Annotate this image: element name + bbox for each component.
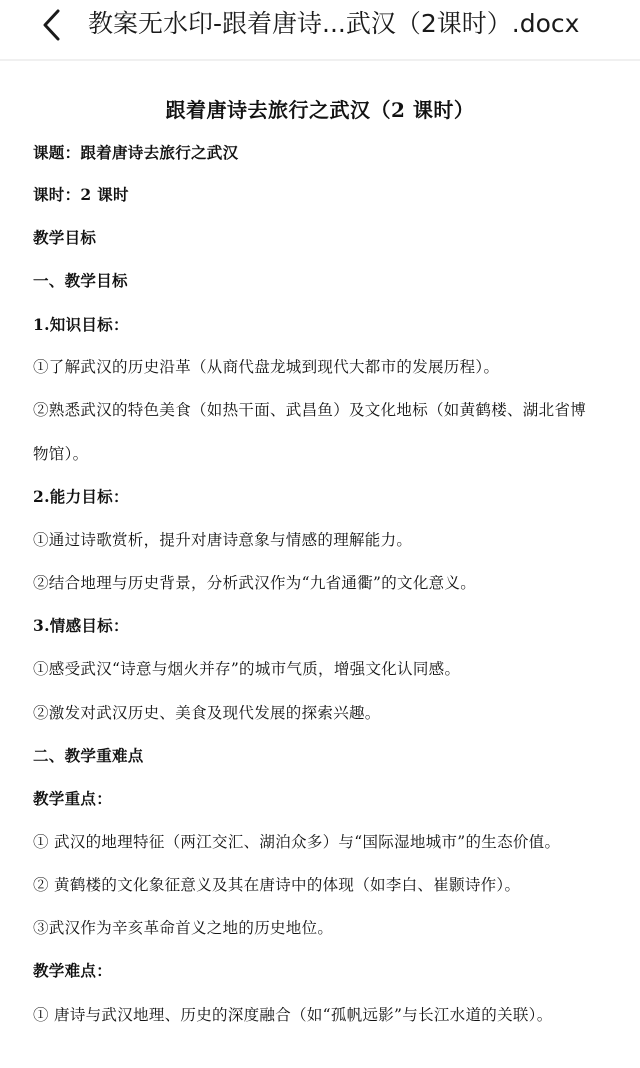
subsection-heading: 2.能力目标： xyxy=(33,486,129,508)
list-item: ②熟悉武汉的特色美食（如热干面、武昌鱼）及文化地标（如黄鹤楼、湖北省博 xyxy=(33,399,586,421)
document-title: 跟着唐诗去旅行之武汉（2 课时） xyxy=(0,95,640,125)
list-item: ②结合地理与历史背景，分析武汉作为“九省通衢”的文化意义。 xyxy=(33,572,476,594)
top-bar: 教案无水印-跟着唐诗...武汉（2课时）.docx xyxy=(0,0,640,61)
subsection-heading: 3.情感目标： xyxy=(33,615,129,637)
lesson-duration: 课时：2 课时 xyxy=(33,184,129,206)
section-heading: 二、教学重难点 xyxy=(33,745,144,767)
subsection-heading: 教学重点： xyxy=(33,788,112,810)
list-item: ① 唐诗与武汉地理、历史的深度融合（如“孤帆远影”与长江水道的关联）。 xyxy=(33,1004,553,1026)
subsection-heading: 教学难点： xyxy=(33,960,112,982)
list-item: ① 武汉的地理特征（两江交汇、湖泊众多）与“国际湿地城市”的生态价值。 xyxy=(33,831,560,853)
list-item: ② 黄鹤楼的文化象征意义及其在唐诗中的体现（如李白、崔颢诗作）。 xyxy=(33,874,520,896)
list-item: ①通过诗歌赏析，提升对唐诗意象与情感的理解能力。 xyxy=(33,529,412,551)
list-item: ③武汉作为辛亥革命首义之地的历史地位。 xyxy=(33,917,333,939)
chevron-left-icon xyxy=(38,8,68,42)
list-item: ①感受武汉“诗意与烟火并存”的城市气质，增强文化认同感。 xyxy=(33,658,460,680)
list-item: ②激发对武汉历史、美食及现代发展的探索兴趣。 xyxy=(33,702,381,724)
section-heading: 一、教学目标 xyxy=(33,270,128,292)
lesson-topic: 课题：跟着唐诗去旅行之武汉 xyxy=(33,142,238,164)
list-item: ①了解武汉的历史沿革（从商代盘龙城到现代大都市的发展历程）。 xyxy=(33,356,499,378)
section-heading: 教学目标 xyxy=(33,227,96,249)
list-item-continuation: 物馆）。 xyxy=(33,443,88,465)
back-button[interactable] xyxy=(38,8,68,42)
subsection-heading: 1.知识目标： xyxy=(33,314,129,336)
file-title: 教案无水印-跟着唐诗...武汉（2课时）.docx xyxy=(88,6,579,42)
